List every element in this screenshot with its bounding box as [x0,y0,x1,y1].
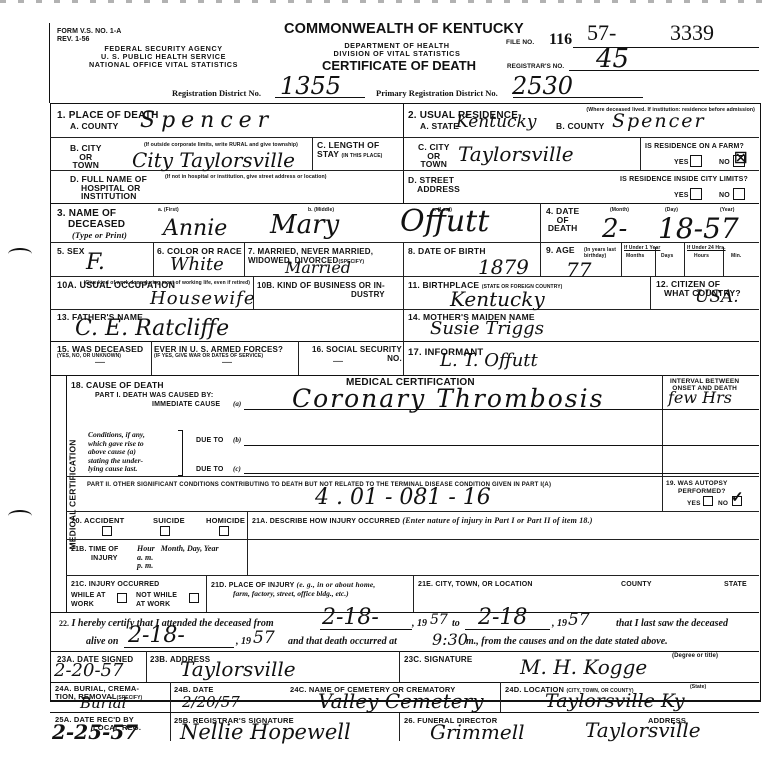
divider-23a-23b [146,651,147,682]
registrar-signature-value: Nellie Hopewell [180,720,351,744]
divider-farm [640,137,641,170]
under-1-year-label: If Under 1 Year [624,246,660,252]
death-time-value: 9:30 [432,630,468,649]
injury-work-label: 21c. INJURY OCCURRED [71,580,159,589]
citizen-value: USA. [695,287,739,307]
divider-24c-24d [500,682,501,712]
death-certificate: FORM V.S. NO. 1-A REV. 1-56 FEDERAL SECU… [0,0,773,767]
registrar-no-value: 45 [596,44,629,74]
first-name-value: Annie [163,216,227,241]
form-number: FORM V.S. NO. 1-A REV. 1-56 [57,28,121,43]
divider-sex-race [153,242,154,276]
row-15-bottom [50,375,759,376]
ssn-label: 16. SOCIAL SECURITY NO. [312,345,402,363]
city-limits-question: IS RESIDENCE INSIDE CITY LIMITS? [620,175,748,184]
cause-a-label: (a) [233,400,241,408]
margin-mark-2 [8,510,32,522]
alive-year-value: 57 [253,628,275,648]
accident-checkbox[interactable] [102,526,112,536]
row-23-top [50,651,759,652]
marital-value: Married [285,258,351,277]
injury-state-label: STATE [724,580,747,589]
sex-label: 5. SEX [57,247,85,256]
due-to-c-label: DUE TO [196,465,224,474]
min-label: Min. [731,254,741,260]
suicide-checkbox[interactable] [160,526,170,536]
autopsy-yes-checkbox[interactable] [703,496,713,506]
immediate-cause-label: IMMEDIATE CAUSE [152,400,220,409]
while-at-work-label: WHILE AT WORK [71,591,106,609]
armed-value: — [95,357,105,368]
signature-value: M. H. Kogge [520,655,647,679]
to-year-prefix: , 19 [552,618,567,629]
farm-no-checkmark: ☒ [734,151,747,166]
header-title: COMMONWEALTH OF KENTUCKY [284,21,524,37]
burial-date-value: 2/20/57 [182,693,240,711]
conditions-bracket [178,430,183,476]
dob-value: 1879 [478,255,529,279]
time-injury-label: 21b. TIME OF INJURY [71,545,119,563]
reg-district-value: 1355 [280,72,341,100]
length-of-stay-label: c. LENGTH OF STAY (in this place) [317,141,382,160]
not-while-at-work-checkbox[interactable] [189,593,199,603]
scan-edge-top [0,0,773,3]
certificate-title: CERTIFICATE OF DEATH [322,58,476,73]
row-21b-top [66,539,759,540]
agency-block: FEDERAL SECURITY AGENCY U. S. PUBLIC HEA… [61,45,266,69]
death-county-value: Spencer [140,108,274,133]
divider-birthplace-citizen [650,276,651,309]
city-injury-label: 21e. CITY, TOWN, OR LOCATION [418,580,533,589]
part2-top-line [66,476,759,477]
first-name-label: a. (First) [158,208,179,214]
due-to-b-label: DUE TO [196,436,224,445]
divider-23b-23c [399,651,400,682]
race-value: White [170,254,224,275]
date-recd-value: 2-25-57 [52,720,138,744]
primary-reg-district-value: 2530 [512,72,573,100]
row-25-top [50,712,759,713]
middle-name-value: Mary [270,210,339,240]
reg-district-label: Registration District No. [172,88,261,98]
residence-city-value: Taylorsville [458,142,574,166]
interval-a-line [662,409,759,410]
age-value: 77 [566,258,591,282]
to-label: to [452,618,460,629]
while-at-work-checkbox[interactable] [117,593,127,603]
name-of-deceased-label: 3. NAME OF DECEASED (Type or Print) [57,209,127,241]
address-value: Taylorsville [180,657,296,681]
last-name-value: Offutt [400,204,489,239]
cause-b-line [244,445,759,446]
business-label: 10b. KIND OF BUSINESS OR IN- DUSTRY [257,281,385,299]
city-limits-yes-checkbox[interactable] [690,188,702,200]
injury-county-label: COUNTY [621,580,652,589]
occupation-value: Housewife [150,288,256,309]
farm-no-label: NO [719,158,730,167]
divider-dob-age [540,242,541,276]
birthplace-value: Kentucky [450,287,545,311]
city-limits-yes-label: YES [674,191,689,200]
divider-father-mother [403,309,404,375]
farm-yes-checkbox[interactable] [690,155,702,167]
alive-year-prefix: , 19 [236,636,251,647]
residence-city-label: c. CITY OR TOWN [418,143,450,169]
department-block: DEPARTMENT OF HEALTH DIVISION OF VITAL S… [312,42,482,58]
primary-reg-district-label: Primary Registration District No. [376,88,498,98]
death-day-year-value: 18-57 [658,212,739,245]
location-value: Taylorsville Ky [545,690,685,712]
divider-interval [662,375,663,512]
file-no-prefix: 116 [549,31,572,49]
row-20-top [66,511,759,512]
part2-value: 4 . 01 - 081 - 16 [315,485,491,510]
injury-desc-label: 21a. DESCRIBE HOW INJURY OCCURRED (Enter… [252,516,593,526]
divider-place-residence [403,103,404,203]
suicide-label: SUICIDE [153,516,185,525]
death-county-label: a. COUNTY [70,122,119,131]
city-limits-no-label: NO [719,191,730,200]
margin-mark-1 [8,248,32,260]
medical-side-label: MEDICAL CERTIFICATION [69,440,78,550]
funeral-director-value: Grimmell [430,720,525,744]
armed-dates-value: — [222,357,232,368]
to-year-value: 57 [568,610,590,630]
divider-business-birthplace [403,276,404,309]
divider-armed-1 [151,341,152,375]
location-state-note: (State) [690,685,706,691]
divider-date-of-death [540,203,541,242]
cause-of-death-label: 18. CAUSE OF DEATH [71,381,164,390]
street-address-label: d. STREET ADDRESS [408,176,460,193]
ssn-value: — [333,356,343,367]
days-label: Days [661,254,673,260]
from-date-value: 2-18- [322,605,379,630]
farm-yes-label: YES [674,158,689,167]
hours-label: Hours [694,254,709,260]
funeral-address-value: Taylorsville [585,718,701,742]
divider-armed-ssn [298,341,299,375]
residence-state-label: a. STATE [420,122,459,131]
row-10-bottom [50,309,759,310]
interval-a-value: few Hrs [668,388,732,407]
divider-25b-26 [399,712,400,741]
burial-value: Burial [80,694,126,712]
residence-county-label: b. COUNTY [556,122,605,131]
divider-20-21a [247,511,248,575]
registrar-no-label: REGISTRAR'S NO. [507,64,564,70]
cause-c-label: (c) [233,465,241,473]
homicide-checkbox[interactable] [219,526,229,536]
hospital-label: d. FULL NAME OF HOSPITAL OR INSTITUTION [70,175,147,201]
autopsy-no-checkmark: ✓ [731,490,744,505]
cause-b-label: (b) [233,436,241,444]
row-13-bottom [50,341,759,342]
scan-edge-right [766,0,770,767]
alive-on-label: alive on [86,636,119,647]
header-left-rule [49,23,50,103]
alive-date-value: 2-18- [128,623,185,648]
accident-label: 20. ACCIDENT [71,516,124,525]
occupation-note: (Give kind of work done during most of w… [80,281,250,287]
conditions-note: Conditions, if any, which gave rise to a… [88,431,145,474]
not-while-at-work-label: NOT WHILE AT WORK [136,591,177,609]
row-3-bottom [50,242,759,243]
part1-label: PART I. DEATH WAS CAUSED BY: [95,391,213,400]
months-label: Months [626,254,644,260]
death-occurred-text: and that death occurred at [288,636,397,647]
place-injury-note-2: farm, factory, street, office bldg., etc… [233,589,349,598]
month-label: (Month) [610,208,629,214]
from-year-value: 57 [430,612,448,628]
divider-21c-21d [206,575,207,612]
degree-label: (Degree or title) [672,654,718,660]
divider-race-marital [244,242,245,276]
divider-21d-21e [413,575,414,612]
row-22-top [50,612,759,613]
cause-c-line [244,473,759,474]
certify-line-2-end: m., from the causes and on the date stat… [466,636,668,647]
homicide-label: HOMICIDE [206,516,245,525]
row-1a-bottom [50,137,759,138]
death-city-value: City Taylorsville [132,148,295,172]
cemetery-value: Valley Cemetery [318,689,484,713]
residence-state-value: Kentucky [456,112,536,132]
date-signed-value: 2-20-57 [54,660,123,681]
to-date-value: 2-18 [478,605,527,630]
sex-value: F. [86,250,105,275]
dob-label: 8. DATE OF BIRTH [408,247,486,256]
row-24-top [50,682,759,683]
signature-label: 23c. SIGNATURE [404,655,472,664]
divider-days-hours [684,242,685,276]
autopsy-no-label: NO [718,499,728,508]
hospital-note: (If not in hospital or institution, give… [165,175,400,181]
time-hour-block: Hour Month, Day, Year a. m. p. m. [137,545,219,571]
from-year-prefix: , 19 [412,618,427,629]
residence-county-value: Spencer [612,110,706,132]
divider-marital-dob [403,242,404,276]
autopsy-yes-label: YES [687,499,701,508]
armed-forces-label-2: EVER IN U. S. ARMED FORCES? (If yes, giv… [154,345,283,360]
city-limits-no-checkbox[interactable] [733,188,745,200]
cause-a-value: Coronary Thrombosis [292,384,604,413]
file-no-year: 57- [587,20,616,46]
farm-question: IS RESIDENCE ON A FARM? [645,142,744,151]
autopsy-label: 19. WAS AUTOPSY PERFORMED? [666,480,728,495]
divider-length-stay [312,137,313,170]
date-of-death-label: 4. DATE OF DEATH [546,207,579,233]
under-24-hrs-label: If Under 24 Hrs. [687,246,726,252]
death-month-value: 2- [602,214,627,244]
mother-maiden-name-value: Susie Triggs [430,318,544,339]
certify-line-1-end: that I last saw the deceased [616,618,728,629]
age-label: 9. AGE [546,246,575,255]
father-name-value: C. E. Ratcliffe [75,316,229,341]
file-no-number: 3339 [670,20,714,46]
informant-value: L. T. Offutt [440,350,538,371]
row-5-bottom [50,276,759,277]
death-city-label: b. CITY OR TOWN [70,144,102,170]
file-no-label: FILE NO. [506,40,534,46]
